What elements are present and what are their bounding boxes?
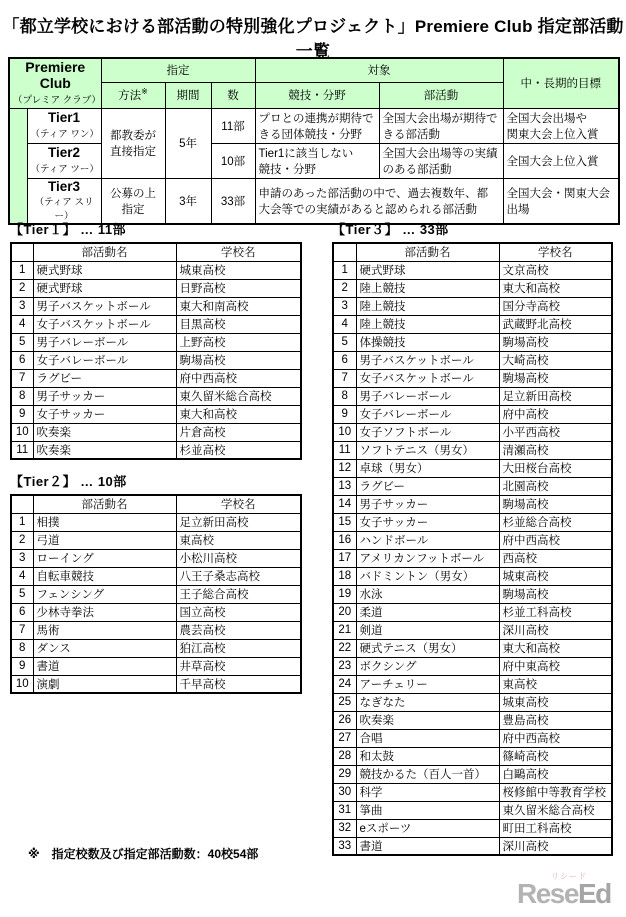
school-name: 駒場高校 <box>499 333 612 351</box>
summary-table: Premiere Club （プレミア クラブ） 指定 対象 中・長期的目標 方… <box>8 57 620 225</box>
left-strip-cell <box>9 108 27 224</box>
row-number: 26 <box>333 711 356 729</box>
row-number: 9 <box>11 405 33 423</box>
club-name: アーチェリー <box>356 675 499 693</box>
school-name: 東高校 <box>176 531 301 549</box>
club-name: ソフトテニス（男女） <box>356 441 499 459</box>
school-column-header: 学校名 <box>176 243 301 261</box>
summary-header-row-1: Premiere Club （プレミア クラブ） 指定 対象 中・長期的目標 <box>9 58 619 82</box>
row-number: 24 <box>333 675 356 693</box>
club-name: 馬術 <box>33 621 176 639</box>
tier3-field-club-cell: 申請のあった部活動の中で、過去複数年、都大会等での実績があると認められる部活動 <box>255 178 503 224</box>
row-number: 20 <box>333 603 356 621</box>
club-name: 硬式テニス（男女） <box>356 639 499 657</box>
table-header-row: 部活動名 学校名 <box>11 495 301 513</box>
school-name: 清瀬高校 <box>499 441 612 459</box>
school-name: 豊島高校 <box>499 711 612 729</box>
table-row: 23ボクシング府中東高校 <box>333 657 612 675</box>
club-name: 女子サッカー <box>33 405 176 423</box>
row-number: 28 <box>333 747 356 765</box>
row-number: 27 <box>333 729 356 747</box>
table-row: 7馬術農芸高校 <box>11 621 301 639</box>
school-name: 篠崎高校 <box>499 747 612 765</box>
table-row: 4自転車競技八王子桑志高校 <box>11 567 301 585</box>
tier1-list-table: 部活動名 学校名 1硬式野球城東高校2硬式野球日野高校3男子バスケットボール東大… <box>10 242 302 460</box>
row-number: 9 <box>333 405 356 423</box>
school-name: 駒場高校 <box>499 495 612 513</box>
row-number: 13 <box>333 477 356 495</box>
table-row: 4女子バスケットボール目黒高校 <box>11 315 301 333</box>
club-name: 合唱 <box>356 729 499 747</box>
table-row: 10女子ソフトボール小平西高校 <box>333 423 612 441</box>
table-row: 10吹奏楽片倉高校 <box>11 423 301 441</box>
row-number: 14 <box>333 495 356 513</box>
table-row: 4陸上競技武蔵野北高校 <box>333 315 612 333</box>
school-name: 狛江高校 <box>176 639 301 657</box>
school-name: 片倉高校 <box>176 423 301 441</box>
club-name: ボクシング <box>356 657 499 675</box>
tier3-summary-row: Tier3 （ティア スリー） 公募の上 指定 3年 33部 申請のあった部活動… <box>9 178 619 224</box>
tier12-period-cell: 5年 <box>165 108 211 178</box>
row-number: 15 <box>333 513 356 531</box>
school-name: 西高校 <box>499 549 612 567</box>
club-column-header: 部活動名 <box>356 243 499 261</box>
school-column-header: 学校名 <box>499 243 612 261</box>
club-column-header: 部活動名 <box>33 495 176 513</box>
school-name: 府中高校 <box>499 405 612 423</box>
club-name: ラグビー <box>356 477 499 495</box>
school-name: 東大和南高校 <box>176 297 301 315</box>
tier3-name-cell: Tier3 （ティア スリー） <box>27 178 101 224</box>
row-number: 1 <box>11 261 33 279</box>
table-row: 11吹奏楽杉並高校 <box>11 441 301 459</box>
table-row: 5フェンシング王子総合高校 <box>11 585 301 603</box>
tier3-goal-cell: 全国大会・関東大会 出場 <box>503 178 619 224</box>
method-header-label: 方法 <box>118 90 141 102</box>
tier1-name-cell: Tier1 （ティア ワン） <box>27 108 101 143</box>
table-row: 2硬式野球日野高校 <box>11 279 301 297</box>
table-row: 12卓球（男女）大田桜台高校 <box>333 459 612 477</box>
count-header-cell: 数 <box>211 82 255 108</box>
club-name: 体操競技 <box>356 333 499 351</box>
tier2-name-cell: Tier2 （ティア ツー） <box>27 143 101 178</box>
club-name: 女子バスケットボール <box>356 369 499 387</box>
club-name: 科学 <box>356 783 499 801</box>
club-name: 男子バレーボール <box>33 333 176 351</box>
school-name: 城東高校 <box>176 261 301 279</box>
reseed-logo: リシード ReseEd <box>517 871 622 915</box>
row-number: 7 <box>11 621 33 639</box>
row-number: 5 <box>11 585 33 603</box>
club-name: アメリカンフットボール <box>356 549 499 567</box>
club-name: 少林寺拳法 <box>33 603 176 621</box>
table-row: 9書道井草高校 <box>11 657 301 675</box>
club-name: 男子サッカー <box>33 387 176 405</box>
club-name: 書道 <box>33 657 176 675</box>
school-name: 府中西高校 <box>499 531 612 549</box>
row-number: 31 <box>333 801 356 819</box>
table-row: 20柔道杉並工科高校 <box>333 603 612 621</box>
club-name: ラグビー <box>33 369 176 387</box>
row-number: 6 <box>333 351 356 369</box>
table-row: 11ソフトテニス（男女）清瀬高校 <box>333 441 612 459</box>
table-row: 21剣道深川高校 <box>333 621 612 639</box>
tier1-section: 【Tier１】 … 11部 部活動名 学校名 1硬式野球城東高校2硬式野球日野高… <box>10 219 302 460</box>
club-name: 競技かるた（百人一首） <box>356 765 499 783</box>
tier3-method-cell: 公募の上 指定 <box>101 178 165 224</box>
row-number: 2 <box>11 279 33 297</box>
school-name: 文京高校 <box>499 261 612 279</box>
school-name: 王子総合高校 <box>176 585 301 603</box>
school-name: 町田工科高校 <box>499 819 612 837</box>
club-name: 吹奏楽 <box>33 423 176 441</box>
row-number: 18 <box>333 567 356 585</box>
table-row: 15女子サッカー杉並総合高校 <box>333 513 612 531</box>
club-name: 硬式野球 <box>33 279 176 297</box>
school-name: 北園高校 <box>499 477 612 495</box>
row-number: 2 <box>333 279 356 297</box>
row-number: 3 <box>11 297 33 315</box>
club-name: 箏曲 <box>356 801 499 819</box>
table-row: 22硬式テニス（男女）東大和高校 <box>333 639 612 657</box>
method-header-cell: 方法※ <box>101 82 165 108</box>
school-name: 武蔵野北高校 <box>499 315 612 333</box>
row-number: 19 <box>333 585 356 603</box>
tier2-kana: （ティア ツー） <box>31 161 98 175</box>
row-number: 4 <box>11 315 33 333</box>
row-number: 4 <box>333 315 356 333</box>
row-number: 16 <box>333 531 356 549</box>
row-number: 11 <box>333 441 356 459</box>
tier2-count-cell: 10部 <box>211 143 255 178</box>
row-number: 9 <box>11 657 33 675</box>
club-name: ハンドボール <box>356 531 499 549</box>
school-name: 東大和高校 <box>499 279 612 297</box>
tier2-name: Tier2 <box>31 146 98 161</box>
school-name: 駒場高校 <box>499 369 612 387</box>
tier1-club-cell: 全国大会出場が期待で きる部活動 <box>379 108 503 143</box>
row-number: 8 <box>11 387 33 405</box>
table-row: 1硬式野球文京高校 <box>333 261 612 279</box>
corner-cell <box>333 243 356 261</box>
row-number: 5 <box>11 333 33 351</box>
row-number: 17 <box>333 549 356 567</box>
school-name: 東大和高校 <box>176 405 301 423</box>
club-name: 相撲 <box>33 513 176 531</box>
table-row: 19水泳駒場高校 <box>333 585 612 603</box>
tier3-count-cell: 33部 <box>211 178 255 224</box>
table-row: 31箏曲東久留米総合高校 <box>333 801 612 819</box>
school-name: 大崎高校 <box>499 351 612 369</box>
tier2-list-heading: 【Tier２】 … 10部 <box>10 471 302 490</box>
tier2-section: 【Tier２】 … 10部 部活動名 学校名 1相撲足立新田高校2弓道東高校3ロ… <box>10 471 302 694</box>
row-number: 3 <box>333 297 356 315</box>
club-name: 演劇 <box>33 675 176 693</box>
table-row: 8男子サッカー東久留米総合高校 <box>11 387 301 405</box>
corner-cell <box>11 495 33 513</box>
club-name: 女子サッカー <box>356 513 499 531</box>
logo-ed-text: Ed <box>578 878 611 909</box>
club-name: なぎなた <box>356 693 499 711</box>
table-row: 5体操競技駒場高校 <box>333 333 612 351</box>
club-name: 陸上競技 <box>356 297 499 315</box>
school-name: 杉並工科高校 <box>499 603 612 621</box>
school-name: 千早高校 <box>176 675 301 693</box>
table-row: 14男子サッカー駒場高校 <box>333 495 612 513</box>
school-name: 小松川高校 <box>176 549 301 567</box>
school-name: 駒場高校 <box>499 585 612 603</box>
club-name: 陸上競技 <box>356 279 499 297</box>
table-row: 5男子バレーボール上野高校 <box>11 333 301 351</box>
school-name: 国分寺高校 <box>499 297 612 315</box>
table-row: 13ラグビー北園高校 <box>333 477 612 495</box>
table-row: 3ローイング小松川高校 <box>11 549 301 567</box>
club-name: 吹奏楽 <box>356 711 499 729</box>
row-number: 6 <box>11 351 33 369</box>
tier12-method-cell: 都教委が 直接指定 <box>101 108 165 178</box>
tier2-field-cell: Tier1に該当しない 競技・分野 <box>255 143 379 178</box>
table-row: 10演劇千早高校 <box>11 675 301 693</box>
school-name: 東久留米総合高校 <box>176 387 301 405</box>
row-number: 23 <box>333 657 356 675</box>
club-name: 硬式野球 <box>33 261 176 279</box>
tier3-list-table: 部活動名 学校名 1硬式野球文京高校2陸上競技東大和高校3陸上競技国分寺高校4陸… <box>332 242 613 856</box>
logo-wordmark: ReseEd <box>517 877 611 911</box>
row-number: 11 <box>11 441 33 459</box>
tier3-name: Tier3 <box>31 180 98 195</box>
club-name: ローイング <box>33 549 176 567</box>
club-name: 男子バスケットボール <box>33 297 176 315</box>
row-number: 29 <box>333 765 356 783</box>
row-number: 10 <box>11 675 33 693</box>
row-number: 1 <box>333 261 356 279</box>
club-name: ダンス <box>33 639 176 657</box>
designation-header-cell: 指定 <box>101 58 255 82</box>
club-name: 男子バレーボール <box>356 387 499 405</box>
row-number: 8 <box>11 639 33 657</box>
row-number: 7 <box>333 369 356 387</box>
tier3-section: 【Tier３】 … 33部 部活動名 学校名 1硬式野球文京高校2陸上競技東大和… <box>332 219 613 856</box>
table-row: 24アーチェリー東高校 <box>333 675 612 693</box>
school-name: 足立新田高校 <box>176 513 301 531</box>
row-number: 21 <box>333 621 356 639</box>
row-number: 22 <box>333 639 356 657</box>
school-name: 日野高校 <box>176 279 301 297</box>
club-name: 女子バレーボール <box>356 405 499 423</box>
club-name: 水泳 <box>356 585 499 603</box>
table-row: 2陸上競技東大和高校 <box>333 279 612 297</box>
premiere-club-header-cell: Premiere Club （プレミア クラブ） <box>9 58 101 108</box>
school-name: 東大和高校 <box>499 639 612 657</box>
field-header-cell: 競技・分野 <box>255 82 379 108</box>
club-header-cell: 部活動 <box>379 82 503 108</box>
row-number: 2 <box>11 531 33 549</box>
table-row: 8ダンス狛江高校 <box>11 639 301 657</box>
corner-cell <box>11 243 33 261</box>
tier2-club-cell: 全国大会出場等の実績 のある部活動 <box>379 143 503 178</box>
school-name: 杉並総合高校 <box>499 513 612 531</box>
tier1-list-heading: 【Tier１】 … 11部 <box>10 219 302 238</box>
row-number: 3 <box>11 549 33 567</box>
table-row: 3男子バスケットボール東大和南高校 <box>11 297 301 315</box>
tier3-period-cell: 3年 <box>165 178 211 224</box>
tier1-field-cell: プロとの連携が期待で きる団体競技・分野 <box>255 108 379 143</box>
school-name: 桜修館中等教育学校 <box>499 783 612 801</box>
row-number: 7 <box>11 369 33 387</box>
table-header-row: 部活動名 学校名 <box>11 243 301 261</box>
table-row: 9女子バレーボール府中高校 <box>333 405 612 423</box>
table-row: 26吹奏楽豊島高校 <box>333 711 612 729</box>
row-number: 10 <box>333 423 356 441</box>
table-header-row: 部活動名 学校名 <box>333 243 612 261</box>
school-name: 東久留米総合高校 <box>499 801 612 819</box>
row-number: 25 <box>333 693 356 711</box>
school-name: 府中西高校 <box>176 369 301 387</box>
club-name: 女子ソフトボール <box>356 423 499 441</box>
tier1-kana: （ティア ワン） <box>31 126 98 140</box>
page-title: 「都立学校における部活動の特別強化プロジェクト」Premiere Club 指定… <box>0 12 626 62</box>
row-number: 1 <box>11 513 33 531</box>
tier2-summary-row: Tier2 （ティア ツー） 10部 Tier1に該当しない 競技・分野 全国大… <box>9 143 619 178</box>
table-row: 8男子バレーボール足立新田高校 <box>333 387 612 405</box>
school-name: 深川高校 <box>499 621 612 639</box>
club-name: 剣道 <box>356 621 499 639</box>
school-name: 城東高校 <box>499 693 612 711</box>
club-name: 女子バレーボール <box>33 351 176 369</box>
table-row: 25なぎなた城東高校 <box>333 693 612 711</box>
premiere-club-title: Premiere Club <box>13 60 98 91</box>
table-row: 30科学桜修館中等教育学校 <box>333 783 612 801</box>
school-name: 府中東高校 <box>499 657 612 675</box>
table-row: 27合唱府中西高校 <box>333 729 612 747</box>
table-row: 6男子バスケットボール大崎高校 <box>333 351 612 369</box>
table-row: 1相撲足立新田高校 <box>11 513 301 531</box>
club-name: フェンシング <box>33 585 176 603</box>
club-name: 吹奏楽 <box>33 441 176 459</box>
premiere-club-kana: （プレミア クラブ） <box>13 92 98 106</box>
club-name: eスポーツ <box>356 819 499 837</box>
school-name: 足立新田高校 <box>499 387 612 405</box>
row-number: 4 <box>11 567 33 585</box>
tier1-summary-row: Tier1 （ティア ワン） 都教委が 直接指定 5年 11部 プロとの連携が期… <box>9 108 619 143</box>
row-number: 12 <box>333 459 356 477</box>
school-name: 白鷗高校 <box>499 765 612 783</box>
school-name: 東高校 <box>499 675 612 693</box>
club-name: 陸上競技 <box>356 315 499 333</box>
table-row: 9女子サッカー東大和高校 <box>11 405 301 423</box>
tier3-list-heading: 【Tier３】 … 33部 <box>332 219 613 238</box>
school-name: 井草高校 <box>176 657 301 675</box>
table-row: 29競技かるた（百人一首）白鷗高校 <box>333 765 612 783</box>
school-name: 農芸高校 <box>176 621 301 639</box>
table-row: 1硬式野球城東高校 <box>11 261 301 279</box>
school-name: 上野高校 <box>176 333 301 351</box>
table-row: 6少林寺拳法国立高校 <box>11 603 301 621</box>
club-name: バドミントン（男女） <box>356 567 499 585</box>
table-row: 17アメリカンフットボール西高校 <box>333 549 612 567</box>
school-name: 国立高校 <box>176 603 301 621</box>
school-name: 目黒高校 <box>176 315 301 333</box>
club-name: 自転車競技 <box>33 567 176 585</box>
table-row: 6女子バレーボール駒場高校 <box>11 351 301 369</box>
tier1-count-cell: 11部 <box>211 108 255 143</box>
school-column-header: 学校名 <box>176 495 301 513</box>
row-number: 5 <box>333 333 356 351</box>
row-number: 32 <box>333 819 356 837</box>
club-name: 書道 <box>356 837 499 855</box>
target-header-cell: 対象 <box>255 58 503 82</box>
row-number: 33 <box>333 837 356 855</box>
school-name: 大田桜台高校 <box>499 459 612 477</box>
goal-header-cell: 中・長期的目標 <box>503 58 619 108</box>
tier1-goal-cell: 全国大会出場や 関東大会上位入賞 <box>503 108 619 143</box>
school-name: 八王子桑志高校 <box>176 567 301 585</box>
club-name: 柔道 <box>356 603 499 621</box>
method-note-mark: ※ <box>141 87 148 96</box>
club-name: 女子バスケットボール <box>33 315 176 333</box>
row-number: 8 <box>333 387 356 405</box>
table-row: 3陸上競技国分寺高校 <box>333 297 612 315</box>
school-name: 府中西高校 <box>499 729 612 747</box>
row-number: 6 <box>11 603 33 621</box>
club-column-header: 部活動名 <box>33 243 176 261</box>
tier2-list-table: 部活動名 学校名 1相撲足立新田高校2弓道東高校3ローイング小松川高校4自転車競… <box>10 494 302 694</box>
table-row: 2弓道東高校 <box>11 531 301 549</box>
club-name: 和太鼓 <box>356 747 499 765</box>
table-row: 33書道深川高校 <box>333 837 612 855</box>
table-row: 7女子バスケットボール駒場高校 <box>333 369 612 387</box>
school-name: 駒場高校 <box>176 351 301 369</box>
club-name: 男子サッカー <box>356 495 499 513</box>
table-row: 32eスポーツ町田工科高校 <box>333 819 612 837</box>
club-name: 硬式野球 <box>356 261 499 279</box>
row-number: 10 <box>11 423 33 441</box>
row-number: 30 <box>333 783 356 801</box>
logo-rese-text: Rese <box>517 878 578 909</box>
school-name: 城東高校 <box>499 567 612 585</box>
table-row: 7ラグビー府中西高校 <box>11 369 301 387</box>
period-header-cell: 期間 <box>165 82 211 108</box>
school-name: 杉並高校 <box>176 441 301 459</box>
club-name: 卓球（男女） <box>356 459 499 477</box>
table-row: 18バドミントン（男女）城東高校 <box>333 567 612 585</box>
school-name: 小平西高校 <box>499 423 612 441</box>
document-page: 「都立学校における部活動の特別強化プロジェクト」Premiere Club 指定… <box>0 0 626 917</box>
table-row: 16ハンドボール府中西高校 <box>333 531 612 549</box>
table-row: 28和太鼓篠崎高校 <box>333 747 612 765</box>
tier1-name: Tier1 <box>31 111 98 126</box>
club-name: 弓道 <box>33 531 176 549</box>
school-name: 深川高校 <box>499 837 612 855</box>
footnote: ※ 指定校数及び指定部活動数：40校54部 <box>28 845 258 862</box>
tier2-goal-cell: 全国大会上位入賞 <box>503 143 619 178</box>
club-name: 男子バスケットボール <box>356 351 499 369</box>
